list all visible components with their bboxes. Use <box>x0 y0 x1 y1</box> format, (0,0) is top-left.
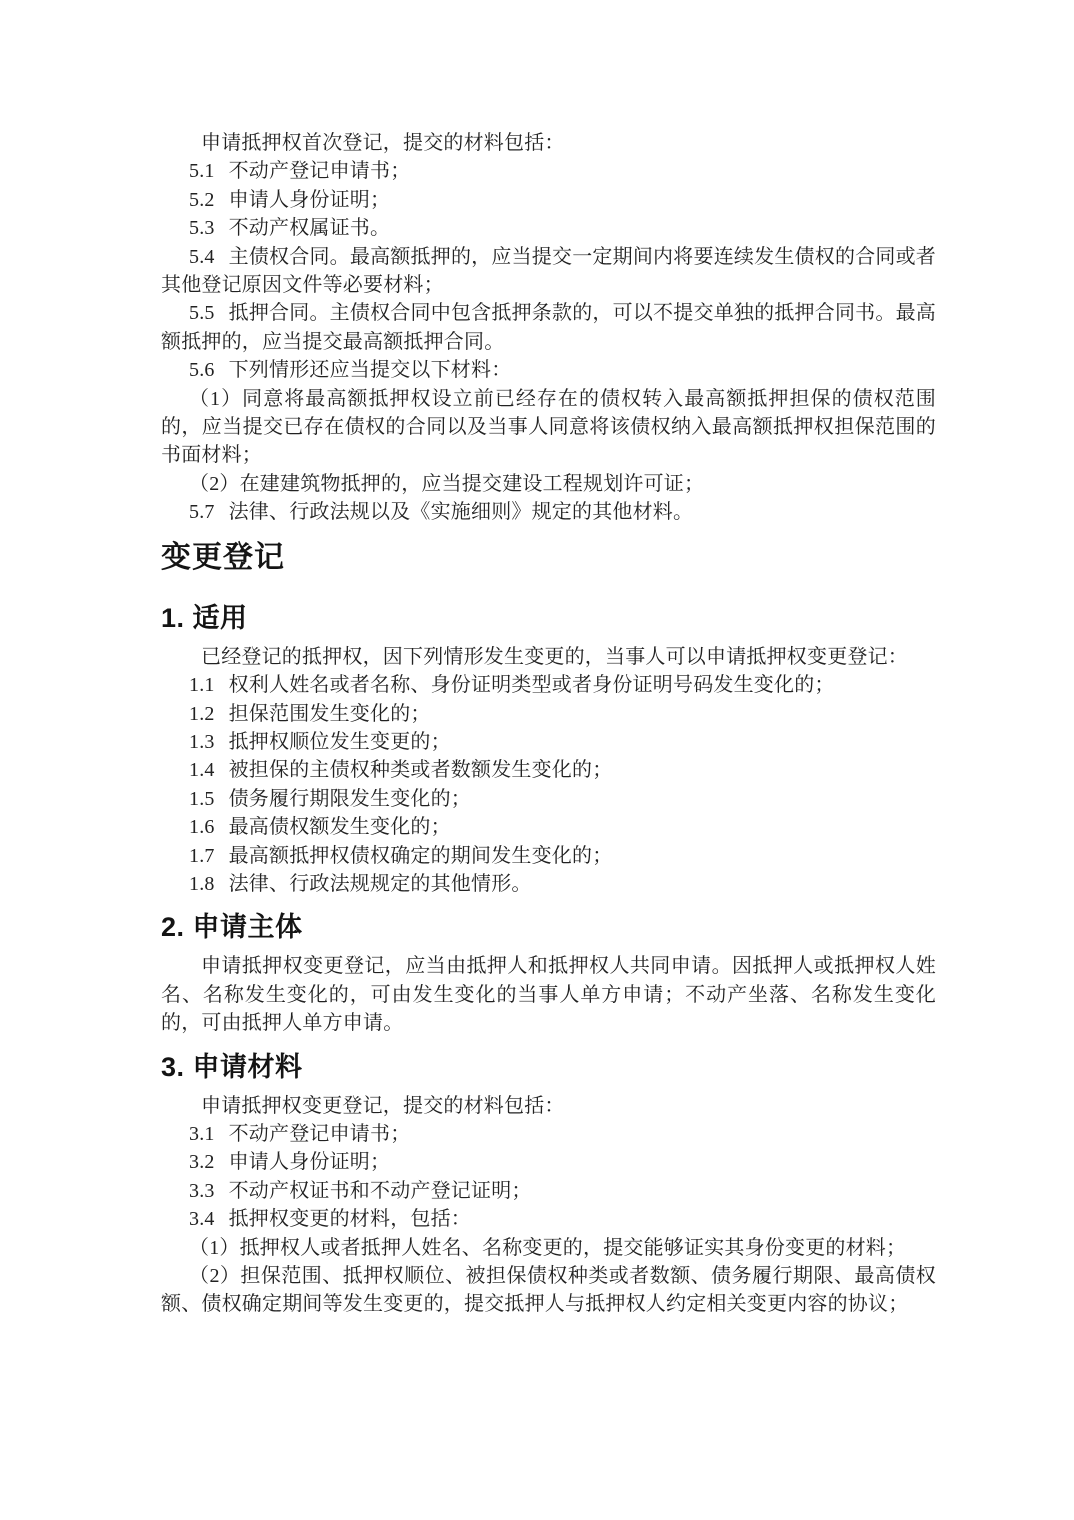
numbered-item: 1.3抵押权顺位发生变更的； <box>161 728 936 756</box>
numbered-item: 5.1不动产登记申请书； <box>161 157 936 185</box>
item-text: 申请人身份证明； <box>229 189 391 211</box>
sub-item: （1）同意将最高额抵押权设立前已经存在的债权转入最高额抵押担保的债权范围的，应当… <box>161 385 936 470</box>
numbered-item: 3.3不动产权证书和不动产登记证明； <box>161 1177 936 1205</box>
item-number: 1.7 <box>189 845 215 867</box>
numbered-item: 1.5债务履行期限发生变化的； <box>161 785 936 813</box>
body-paragraph: 申请抵押权变更登记，应当由抵押人和抵押权人共同申请。因抵押人或抵押权人姓名、名称… <box>161 952 936 1037</box>
item-number: 5.5 <box>189 302 215 324</box>
section-heading: 1. 适用 <box>161 601 936 635</box>
item-number: 3.3 <box>189 1180 215 1202</box>
item-text: 抵押合同。主债权合同中包含抵押条款的，可以不提交单独的抵押合同书。最高额抵押的，… <box>161 302 936 352</box>
numbered-item: 5.3不动产权属证书。 <box>161 214 936 242</box>
section-heading: 3. 申请材料 <box>161 1050 936 1084</box>
item-number: 3.1 <box>189 1123 215 1145</box>
item-text: 主债权合同。最高额抵押的，应当提交一定期间内将要连续发生债权的合同或者其他登记原… <box>161 246 936 296</box>
item-text: 不动产权证书和不动产登记证明； <box>229 1180 532 1202</box>
item-text: 不动产登记申请书； <box>229 160 411 182</box>
numbered-item: 5.6下列情形还应当提交以下材料： <box>161 356 936 384</box>
numbered-item: 1.6最高债权额发生变化的； <box>161 813 936 841</box>
item-number: 5.3 <box>189 217 215 239</box>
numbered-item: 5.4主债权合同。最高额抵押的，应当提交一定期间内将要连续发生债权的合同或者其他… <box>161 243 936 300</box>
numbered-item: 3.2申请人身份证明； <box>161 1148 936 1176</box>
document-page: 申请抵押权首次登记，提交的材料包括：5.1不动产登记申请书；5.2申请人身份证明… <box>0 0 1074 1520</box>
numbered-item: 1.4被担保的主债权种类或者数额发生变化的； <box>161 756 936 784</box>
item-number: 1.4 <box>189 759 215 781</box>
item-text: 最高债权额发生变化的； <box>229 816 451 838</box>
numbered-item: 1.2担保范围发生变化的； <box>161 700 936 728</box>
body-paragraph: 已经登记的抵押权，因下列情形发生变更的，当事人可以申请抵押权变更登记： <box>161 643 936 671</box>
item-number: 5.4 <box>189 246 215 268</box>
item-text: 抵押权变更的材料，包括： <box>229 1208 471 1230</box>
item-number: 3.4 <box>189 1208 215 1230</box>
item-number: 5.6 <box>189 359 215 381</box>
item-text: 法律、行政法规规定的其他情形。 <box>229 873 532 895</box>
numbered-item: 3.1不动产登记申请书； <box>161 1120 936 1148</box>
item-text: 不动产登记申请书； <box>229 1123 411 1145</box>
numbered-item: 3.4抵押权变更的材料，包括： <box>161 1205 936 1233</box>
item-text: 不动产权属证书。 <box>229 217 391 239</box>
numbered-item: 1.7最高额抵押权债权确定的期间发生变化的； <box>161 842 936 870</box>
document-body: 申请抵押权首次登记，提交的材料包括：5.1不动产登记申请书；5.2申请人身份证明… <box>161 129 936 1319</box>
body-paragraph: 申请抵押权首次登记，提交的材料包括： <box>161 129 936 157</box>
item-number: 1.8 <box>189 873 215 895</box>
item-number: 1.1 <box>189 674 215 696</box>
sub-item: （1）抵押权人或者抵押人姓名、名称变更的，提交能够证实其身份变更的材料； <box>161 1234 936 1262</box>
numbered-item: 5.5抵押合同。主债权合同中包含抵押条款的，可以不提交单独的抵押合同书。最高额抵… <box>161 299 936 356</box>
item-number: 1.2 <box>189 703 215 725</box>
item-number: 1.6 <box>189 816 215 838</box>
sub-item: （2）担保范围、抵押权顺位、被担保债权种类或者数额、债务履行期限、最高债权额、债… <box>161 1262 936 1319</box>
item-text: 申请人身份证明； <box>229 1151 391 1173</box>
item-text: 债务履行期限发生变化的； <box>229 788 471 810</box>
section-heading: 2. 申请主体 <box>161 910 936 944</box>
chapter-heading: 变更登记 <box>161 539 936 577</box>
item-number: 1.3 <box>189 731 215 753</box>
numbered-item: 5.2申请人身份证明； <box>161 186 936 214</box>
item-text: 最高额抵押权债权确定的期间发生变化的； <box>229 845 613 867</box>
item-text: 抵押权顺位发生变更的； <box>229 731 451 753</box>
sub-item: （2）在建建筑物抵押的，应当提交建设工程规划许可证； <box>161 470 936 498</box>
numbered-item: 5.7法律、行政法规以及《实施细则》规定的其他材料。 <box>161 498 936 526</box>
item-number: 5.7 <box>189 501 215 523</box>
item-number: 1.5 <box>189 788 215 810</box>
numbered-item: 1.1权利人姓名或者名称、身份证明类型或者身份证明号码发生变化的； <box>161 671 936 699</box>
item-number: 5.2 <box>189 189 215 211</box>
item-text: 担保范围发生变化的； <box>229 703 431 725</box>
numbered-item: 1.8法律、行政法规规定的其他情形。 <box>161 870 936 898</box>
item-text: 权利人姓名或者名称、身份证明类型或者身份证明号码发生变化的； <box>229 674 835 696</box>
item-text: 法律、行政法规以及《实施细则》规定的其他材料。 <box>229 501 694 523</box>
item-text: 被担保的主债权种类或者数额发生变化的； <box>229 759 613 781</box>
item-number: 5.1 <box>189 160 215 182</box>
item-text: 下列情形还应当提交以下材料： <box>229 359 512 381</box>
item-number: 3.2 <box>189 1151 215 1173</box>
body-paragraph: 申请抵押权变更登记，提交的材料包括： <box>161 1092 936 1120</box>
